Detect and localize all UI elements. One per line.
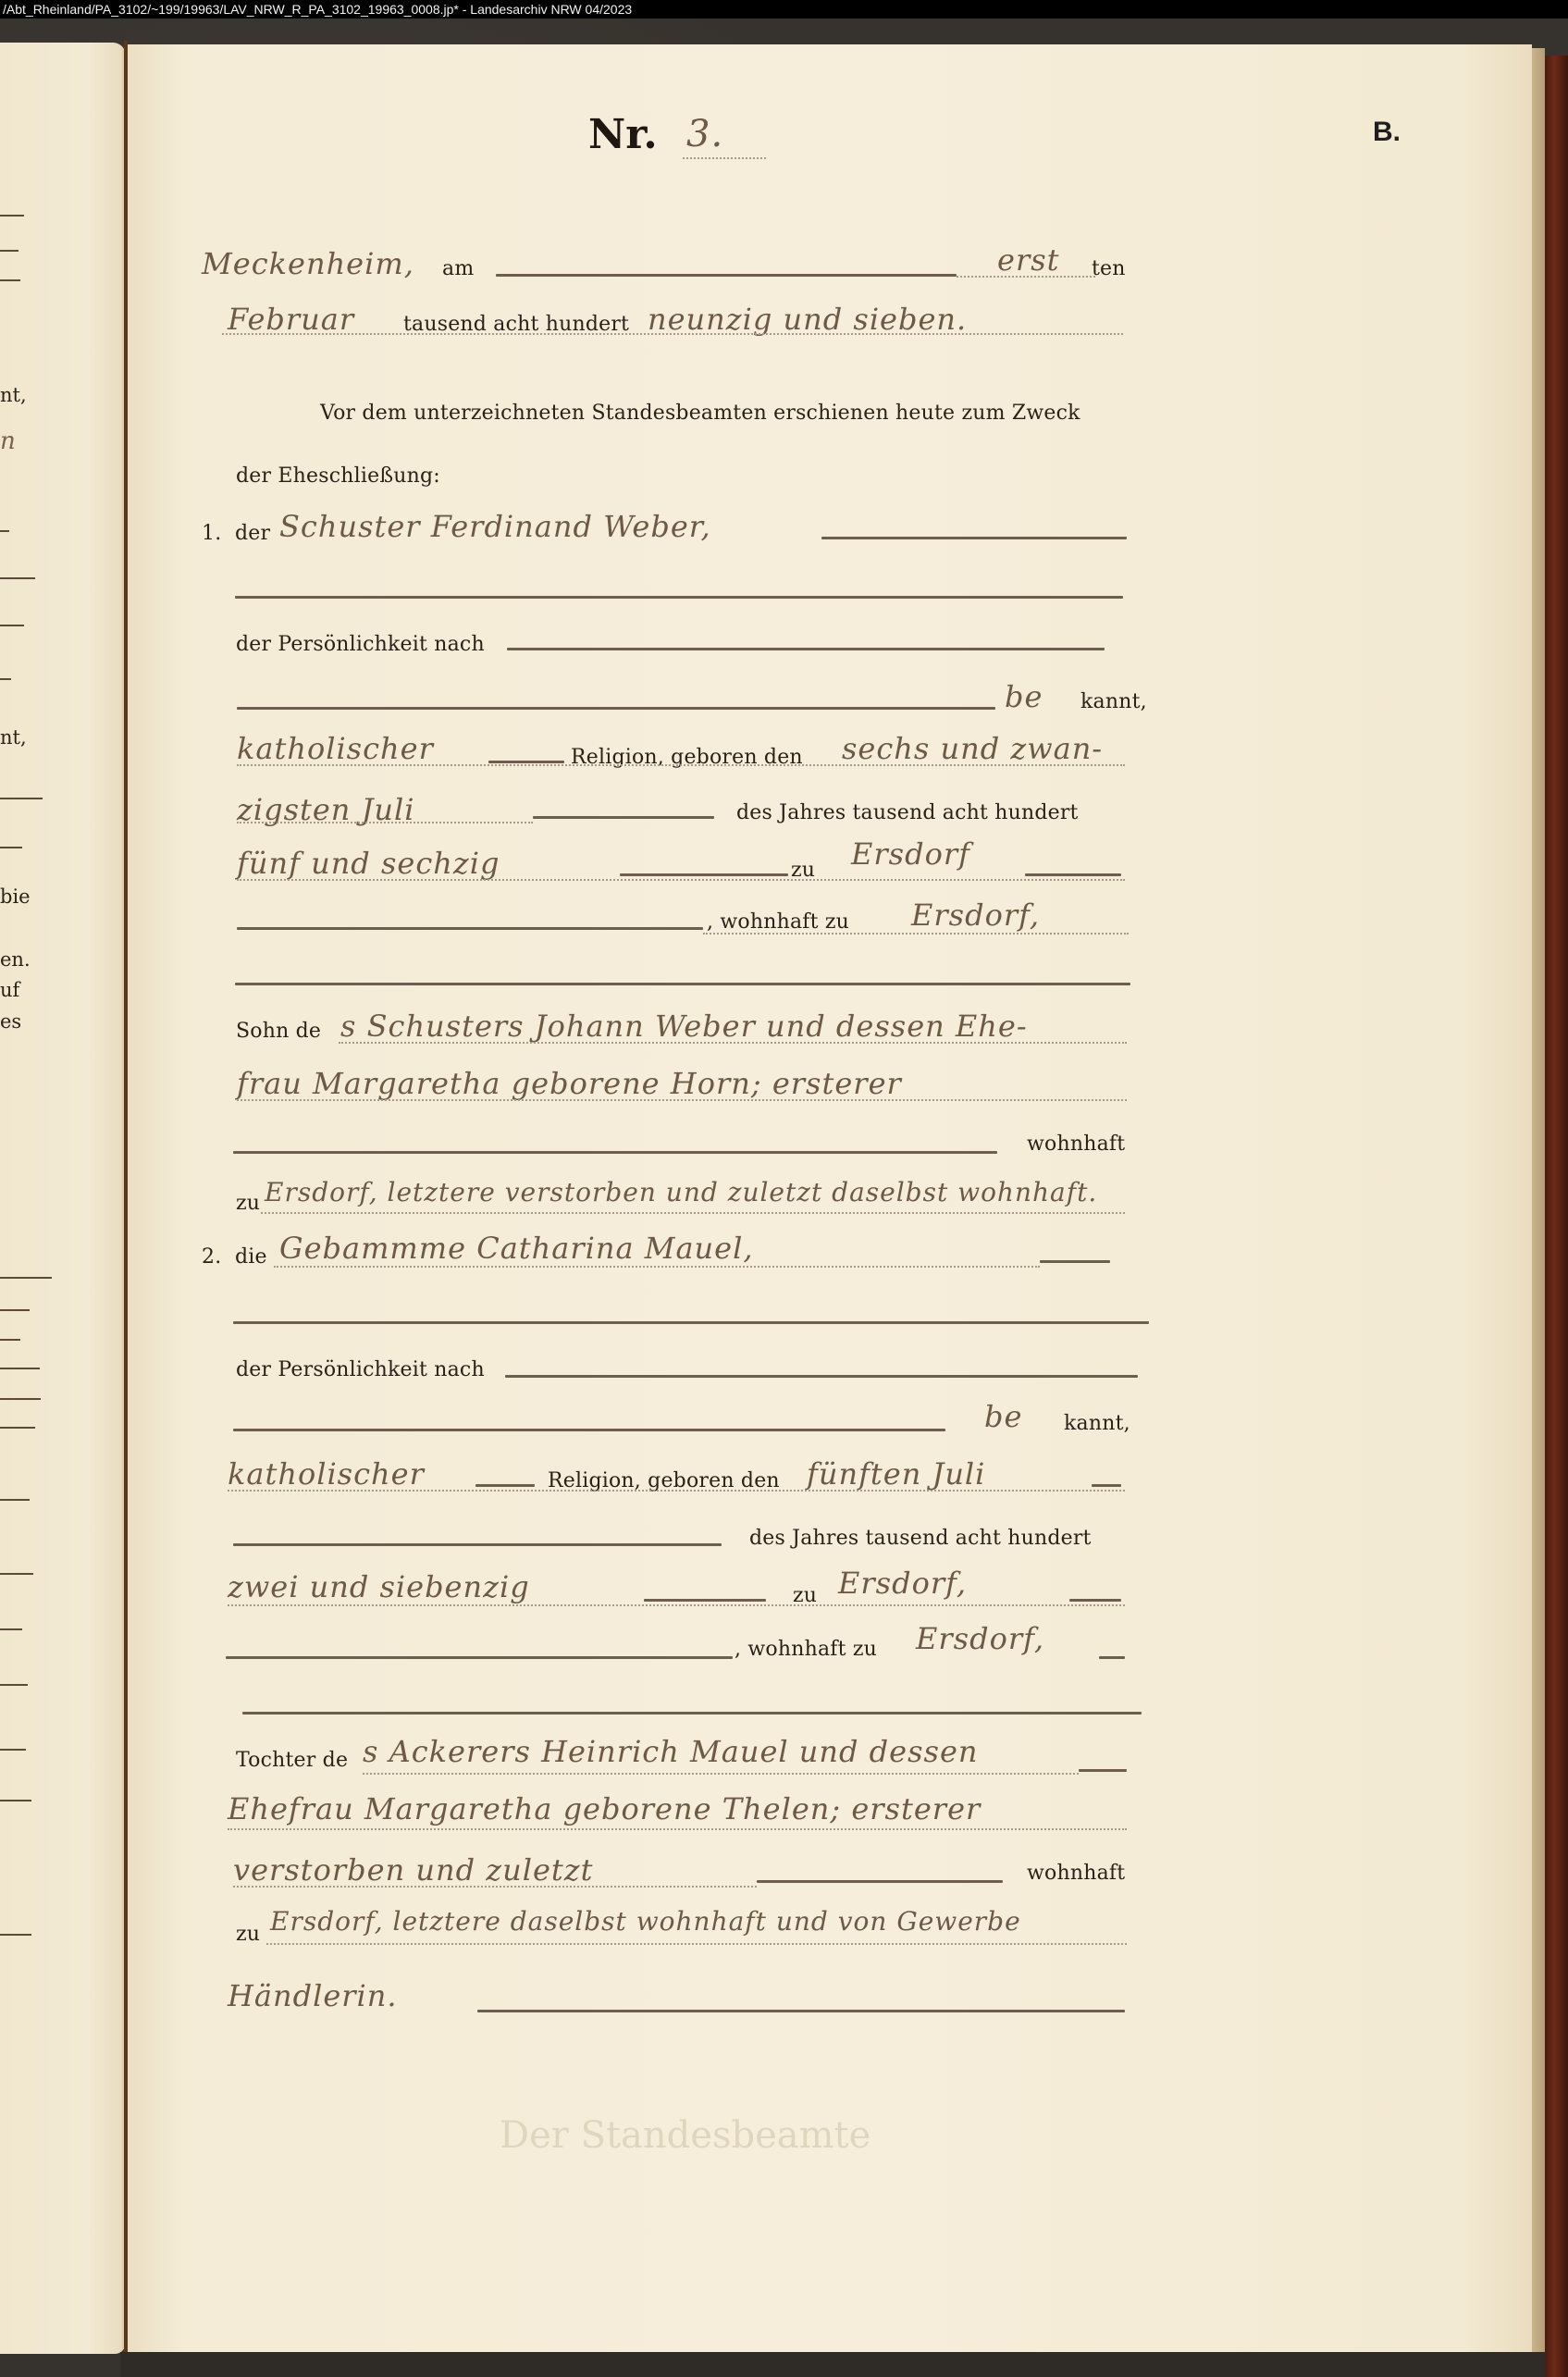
dotted-line (222, 333, 1123, 335)
left-rule (0, 625, 24, 626)
dotted-line (237, 764, 1125, 766)
window-title: /Abt_Rheinland/PA_3102/~199/19963/LAV_NR… (3, 2, 632, 17)
dotted-line (228, 1490, 1125, 1492)
party1-religion-handwritten: katholischer (237, 731, 434, 766)
year-handwritten: neunzig und sieben. (648, 302, 967, 337)
form-rule (1092, 1484, 1121, 1487)
intro-sentence-2: der Eheschließung: (236, 464, 440, 488)
party2-birthplace-handwritten: Ersdorf, (838, 1566, 967, 1601)
party1-residence-handwritten: Ersdorf, (911, 898, 1040, 933)
left-rule (0, 1749, 26, 1751)
left-rule (0, 1628, 22, 1630)
form-rule (1040, 1260, 1110, 1263)
party1-known-handwritten: be (1005, 679, 1043, 714)
form-rule (644, 1599, 766, 1602)
section-letter: B. (1373, 117, 1401, 148)
party2-residence-label: , wohnhaft zu (735, 1638, 877, 1661)
left-rule (0, 1684, 28, 1686)
dotted-line (703, 933, 1129, 935)
record-number-value: 3. (686, 113, 723, 155)
form-rule (1025, 873, 1121, 876)
left-rule (0, 215, 24, 217)
left-rule (0, 1368, 40, 1369)
dotted-line (363, 1773, 1079, 1775)
form-rule (1099, 1656, 1125, 1659)
left-rule (0, 1398, 41, 1400)
party1-article: der (235, 522, 270, 545)
form-rule (237, 927, 703, 930)
party1-parents-handwritten-2: frau Margaretha geborene Horn; ersterer (237, 1066, 902, 1101)
form-rule (821, 537, 1127, 539)
dotted-line (228, 1828, 1127, 1830)
party2-known-suffix: kannt, (1064, 1412, 1130, 1435)
left-rule (0, 1309, 30, 1311)
bleed-through-text: Der Standesbeamte (500, 2114, 870, 2157)
window-title-bar: /Abt_Rheinland/PA_3102/~199/19963/LAV_NR… (0, 0, 1568, 19)
left-fragment: uf (0, 979, 19, 1001)
party2-known-handwritten: be (984, 1399, 1022, 1434)
form-rule (757, 1880, 1003, 1883)
bottom-shadow (120, 2352, 1545, 2377)
dotted-line (233, 1886, 757, 1888)
party2-parents-handwritten: s Ackerers Heinrich Mauel und dessen (363, 1734, 978, 1769)
left-rule (0, 577, 35, 579)
left-fragment: es (0, 1010, 21, 1033)
dotted-line (266, 1943, 1127, 1945)
form-rule (242, 1712, 1142, 1715)
intro-sentence: Vor dem unterzeichneten Standesbeamten e… (320, 402, 1080, 425)
left-fragment: nt, (0, 726, 27, 749)
dotted-line (274, 1266, 1040, 1268)
form-rule (620, 873, 788, 876)
party1-wohnhaft-label: wohnhaft (1027, 1133, 1125, 1156)
form-rule (1069, 1599, 1121, 1602)
left-fragment: en. (0, 948, 31, 971)
am-label: am (442, 257, 474, 280)
party1-zu-label-2: zu (236, 1192, 260, 1215)
party2-parents-handwritten-2: Ehefrau Margaretha geborene Thelen; erst… (228, 1791, 981, 1826)
form-rule (233, 1429, 945, 1431)
party1-year-label: des Jahres tausend acht hundert (736, 801, 1079, 824)
form-rule (533, 816, 714, 819)
party2-name: Gebammme Catharina Mauel, (279, 1231, 754, 1266)
left-rule (0, 847, 22, 848)
party1-residence-label: , wohnhaft zu (707, 910, 849, 934)
party2-parents-label: Tochter de (236, 1749, 348, 1772)
form-rule (496, 274, 957, 277)
left-rule (0, 1934, 31, 1936)
party2-year-label: des Jahres tausend acht hundert (749, 1527, 1092, 1550)
party1-parents-handwritten: s Schusters Johann Weber und dessen Ehe- (340, 1009, 1028, 1044)
party1-parents-residence-handwritten: Ersdorf, letztere verstorben und zuletzt… (265, 1177, 1097, 1207)
party2-parents-handwritten-3: verstorben und zuletzt (233, 1852, 593, 1888)
party2-religion-handwritten: katholischer (228, 1456, 425, 1492)
left-fragment-script: n (0, 427, 16, 455)
left-fragment: nt, (0, 384, 27, 406)
party1-name: Schuster Ferdinand Weber, (279, 509, 711, 544)
left-rule (0, 1427, 35, 1429)
form-rule (1079, 1769, 1127, 1772)
left-rule (0, 798, 43, 799)
party2-parents-residence-handwritten: Ersdorf, letztere daselbst wohnhaft und … (270, 1906, 1021, 1937)
party2-birthday-handwritten: fünften Juli (807, 1456, 985, 1492)
dotted-line (237, 1099, 1127, 1101)
form-rule (488, 761, 564, 763)
record-number-label: Nr. (588, 111, 658, 158)
book-binding (1545, 56, 1568, 2377)
form-rule (505, 1375, 1138, 1378)
dotted-line (237, 822, 533, 823)
form-rule (235, 596, 1123, 599)
party2-zu-label-2: zu (236, 1923, 260, 1946)
left-rule (0, 678, 11, 680)
party2-wohnhaft-label: wohnhaft (1027, 1862, 1125, 1885)
form-rule (233, 1151, 997, 1154)
party1-parents-label: Sohn de (236, 1020, 321, 1043)
party1-identity-label: der Persönlichkeit nach (236, 633, 485, 656)
form-rule (475, 1484, 535, 1487)
form-rule (233, 1321, 1149, 1324)
left-rule (0, 1277, 52, 1279)
page-edge (1532, 48, 1545, 2352)
left-rule (0, 1339, 20, 1341)
dotted-line (683, 157, 766, 159)
party1-number: 1. (202, 522, 221, 545)
day-handwritten: erst (997, 242, 1060, 278)
place-handwritten: Meckenheim, (202, 246, 414, 281)
form-rule (237, 707, 995, 710)
left-rule (0, 1800, 31, 1801)
party2-occupation-handwritten: Händlerin. (228, 1978, 398, 2013)
left-fragment: bie (0, 885, 31, 908)
party2-number: 2. (202, 1245, 221, 1269)
day-suffix: ten (1092, 257, 1126, 280)
party2-identity-label: der Persönlichkeit nach (236, 1358, 485, 1381)
party1-known-suffix: kannt, (1080, 690, 1147, 713)
left-rule (0, 279, 20, 281)
dotted-line (261, 1212, 1125, 1214)
month-handwritten: Februar (228, 302, 354, 337)
party1-birthyear-handwritten: fünf und sechzig (237, 846, 500, 881)
form-rule (226, 1656, 733, 1659)
dotted-line (228, 1604, 1125, 1606)
dotted-line (339, 1042, 1127, 1044)
dotted-line (237, 879, 1125, 881)
form-rule (507, 648, 1105, 650)
party2-article: die (235, 1245, 267, 1269)
party2-birthyear-handwritten: zwei und siebenzig (228, 1569, 530, 1604)
left-rule (0, 250, 19, 252)
form-rule (477, 2010, 1125, 2012)
left-rule (0, 530, 9, 532)
left-rule (0, 1573, 33, 1575)
party1-birthday-handwritten: sechs und zwan- (842, 731, 1103, 766)
party1-birthplace-handwritten: Ersdorf (851, 836, 970, 872)
party2-residence-handwritten: Ersdorf, (916, 1621, 1044, 1656)
left-rule (0, 1499, 30, 1501)
form-rule (233, 1543, 722, 1546)
form-rule (235, 983, 1130, 985)
